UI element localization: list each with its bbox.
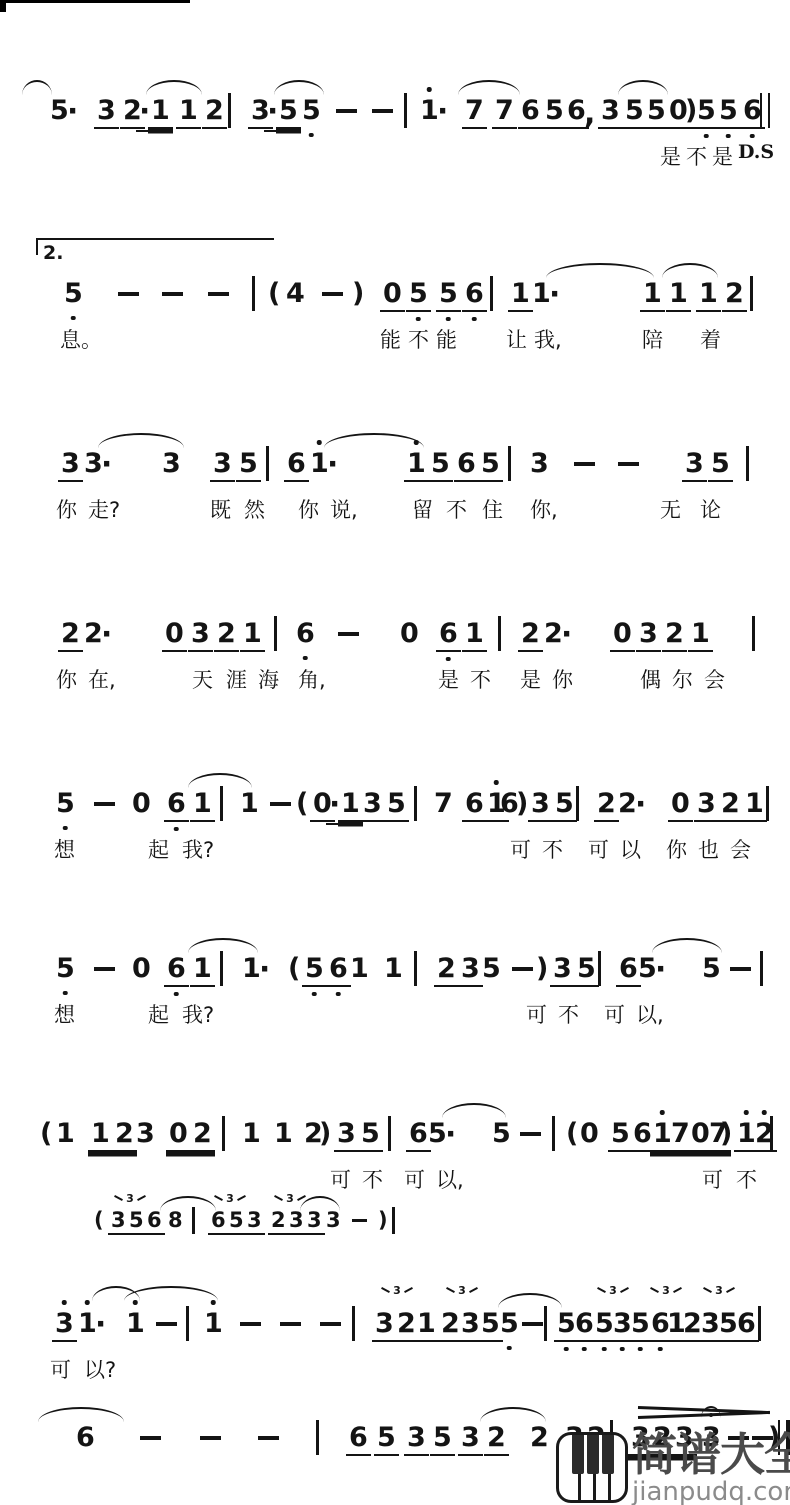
note: 1 [242,1118,261,1149]
note: 5 [430,1422,455,1456]
slur-tie-arc [188,773,252,788]
lyric-syllable: 可 [510,834,531,864]
note: 6 [436,618,461,652]
note: 2 [58,618,83,652]
note: 6 [734,1308,759,1342]
note: 2 [112,1118,137,1152]
lyric-syllable: 说, [330,494,358,524]
music-line: 22·0321606122·0321你在,天涯海角,是不是你偶尔会 [0,618,790,670]
barline [220,951,223,986]
slur-tie-arc [546,263,654,278]
note: 5 [64,278,83,309]
duration-dash [574,462,595,466]
duration-dash [320,1322,341,1326]
lyric-syllable: 可 [50,1354,71,1384]
augmentation-dot: · [101,448,112,482]
note: 3 [162,448,181,479]
slur-tie-arc [38,1407,124,1422]
augmentation-dot: · [259,953,270,987]
note: 3 [188,618,213,652]
note: 2 [752,1118,777,1152]
lyric-syllable: 起 [148,834,169,864]
barline [498,616,501,651]
lyric-syllable: 你 [56,494,77,524]
barline [186,1306,189,1341]
duration-dash [200,1436,221,1440]
scan-artifact-blob [0,0,6,12]
note: 5 [384,788,409,822]
note: 3 [58,448,83,482]
scan-artifact-line [0,0,190,3]
volta-bracket: 2. [36,238,274,255]
note: 3 [694,788,719,822]
note: 1 [414,1308,439,1342]
duration-dash [156,1322,177,1326]
music-line: 31·1132123555653561235633333可以? [0,1308,790,1360]
barline [222,1116,225,1151]
parenthesis: ) [352,278,364,309]
note: 0 [162,618,187,652]
lyric-syllable: 以, [636,999,664,1029]
note: 6 [164,788,189,822]
augmentation-dot: · [67,95,78,129]
augmentation-dot: · [101,618,112,652]
barline [576,786,579,821]
lyric-syllable: 是 [712,141,733,171]
lyric-syllable: 息。 [60,324,102,354]
parenthesis: ( [94,1208,104,1232]
note: 1 [204,1308,223,1339]
slur-tie-arc [324,433,424,448]
duration-dash [352,1219,367,1222]
lyric-syllable: 天 [192,664,213,694]
note: 2 [202,95,227,129]
lyric-syllable: 是 [660,141,681,171]
lyric-syllable: 以, [436,1164,464,1194]
lyric-syllable: 可 [702,1164,723,1194]
slur-tie-arc [274,80,324,95]
note: 0 [132,788,151,819]
note: 0 [580,1118,599,1149]
note: 2 [662,618,687,652]
slur-tie-arc [442,1103,506,1118]
barline [252,276,255,311]
lyric-syllable: 可 [330,1164,351,1194]
note: 7 [462,95,487,129]
lyric-syllable: 走? [88,494,120,524]
note: 5 [276,95,301,129]
barline [544,1306,547,1341]
lyric-syllable: 论 [700,494,721,524]
note: 0 [166,1118,191,1152]
slur-tie-arc [480,1407,546,1422]
barline [766,786,769,821]
note: 2 [434,953,459,987]
note: 7 [492,95,517,129]
duration-dash [118,292,139,296]
parenthesis: ) [536,953,548,984]
note: 4 [286,278,305,309]
note: 2 [484,1422,509,1456]
note: 5 [56,953,75,984]
note: 2 [518,618,543,652]
note: 5 [302,95,321,126]
note: 5 [552,788,577,822]
lyric-syllable: 不 [408,324,429,354]
note: 5 [492,1118,511,1149]
note: 1 [640,278,665,312]
note: 3 [598,95,623,129]
barline [404,93,407,128]
note: 5 [374,1422,399,1456]
augmentation-dot: · [655,953,666,987]
note: 5 [716,95,741,129]
barline [760,951,763,986]
duration-dash [140,1436,161,1440]
lyric-syllable: 既 [210,494,231,524]
note: 1 [696,278,721,312]
note: 5 [236,448,261,482]
breath-mark: , [584,97,595,132]
duration-dash [372,109,393,113]
note: 5 [638,953,657,984]
lyric-syllable: 尔 [672,664,693,694]
note: 6 [76,1422,95,1453]
note: 1 [532,278,551,309]
slur-tie-arc [146,80,202,95]
music-line: 5(4)055611·1112息。能不能让我,陪着 [0,278,790,330]
note: 2 [530,1422,549,1453]
lyric-syllable: 不 [542,834,563,864]
parenthesis: ) [378,1208,388,1232]
slur-tie-arc [98,433,184,448]
note: 3 [458,953,483,987]
lyric-syllable: 不 [686,141,707,171]
note: 1 [242,953,261,984]
lyric-syllable: 你 [552,664,573,694]
triplet-mark: 3 [102,1192,158,1204]
note: 3 [636,618,661,652]
lyric-syllable: 以 [620,834,641,864]
note: 0 [668,788,693,822]
slur-tie-arc [618,80,668,95]
note: 1 [78,1308,97,1339]
note: 1 [310,448,329,479]
slur-tie-arc [662,263,718,278]
note: 1 [148,95,173,129]
note: 5 [358,1118,383,1152]
note: 3 [326,1208,341,1232]
note: 5 [500,1308,519,1339]
note: 1 [508,278,533,312]
barline [274,616,277,651]
lyric-syllable: 起 [148,999,169,1029]
note: 3 [682,448,707,482]
note: 3 [334,1118,359,1152]
note: 1 [190,953,215,987]
watermark-domain: jianpudq.com [632,1479,790,1505]
duration-dash [522,1322,543,1326]
duration-dash [520,1132,541,1136]
lyric-syllable: 可 [404,1164,425,1194]
lyric-syllable: 角, [298,664,326,694]
duration-dash [270,802,291,806]
note: 6 [454,448,479,482]
barline [192,1207,195,1234]
barline [388,1116,391,1151]
note: 6 [284,448,309,482]
barline [552,1116,555,1151]
note: 1 [384,953,403,984]
barline [752,616,755,651]
barline [392,1207,395,1234]
lyric-syllable: 不 [558,999,579,1029]
note: 5 [302,953,327,987]
lyric-syllable: 也 [698,834,719,864]
lyric-syllable: 想 [54,999,75,1029]
note: 5 [436,278,461,312]
note: 5 [56,788,75,819]
lyric-syllable: 陪 [642,324,663,354]
barline [760,93,770,128]
barline [220,786,223,821]
note: 2 [214,618,239,652]
note: 5 [702,953,721,984]
note: 3 [244,1208,265,1235]
note: 5 [50,95,69,126]
lyric-syllable: 不 [470,664,491,694]
watermark: 简谱大全 jianpudq.com [556,1432,790,1505]
note: 5 [574,953,599,987]
lyric-syllable: 能 [380,324,401,354]
lyric-syllable: 海 [258,664,279,694]
note: 6 [144,1208,165,1235]
parenthesis: ( [296,788,308,819]
music-line: (35686532333)333 [0,1208,790,1260]
lyric-syllable: 我, [534,324,562,354]
barline [750,276,753,311]
parenthesis: ( [288,953,300,984]
lyric-syllable: 在, [88,664,116,694]
score-page: 2. 5·32·1123·551·77656,3550)556是不是D.S5(4… [0,0,790,1505]
parenthesis: ) [319,1118,331,1149]
note: 2 [190,1118,215,1152]
note: 1 [274,1118,293,1149]
barline [758,1306,761,1341]
note: 1 [56,1118,75,1149]
parenthesis: ( [566,1118,578,1149]
note: 0 [132,953,151,984]
note: 8 [168,1208,183,1232]
lyric-syllable: 不 [362,1164,383,1194]
note: 1 [350,953,369,984]
note: 0 [400,618,419,649]
lyric-syllable: 能 [436,324,457,354]
parenthesis: ) [720,1118,732,1149]
note: 6 [164,953,189,987]
lyric-syllable: 你 [298,494,319,524]
duration-dash [336,109,357,113]
slur-tie-arc [652,938,722,953]
duration-dash [322,292,343,296]
note: 2 [594,788,619,822]
note: 3 [458,1422,483,1456]
augmentation-dot: · [95,1308,106,1342]
volta-label: 2. [43,242,63,264]
lyric-syllable: 着 [700,324,721,354]
lyric-syllable: 想 [54,834,75,864]
piano-icon [556,1432,628,1503]
lyric-syllable: 偶 [640,664,661,694]
note: 0 [610,618,635,652]
note: 2 [618,788,637,819]
note: 1 [666,278,691,312]
slur-tie-arc [22,80,52,95]
lyric-syllable: 我? [182,834,214,864]
music-line: 50611(0·1357616)3522·0321想起我?可不可以你也会 [0,788,790,840]
lyric-syllable: 以? [84,1354,116,1384]
barline [770,1116,773,1151]
lyric-syllable: 涯 [226,664,247,694]
note: 3 [404,1422,429,1456]
note: 1 [404,448,429,482]
note: 6 [462,278,487,312]
note: 5 [428,1118,447,1149]
watermark-brand: 简谱大全 [632,1432,790,1477]
note: 2 [718,788,743,822]
duration-dash [512,967,533,971]
note: 5 [428,448,453,482]
lyric-syllable: 住 [482,494,503,524]
note: 1 [420,95,439,126]
duration-dash [338,632,359,636]
lyric-syllable: 你, [530,494,558,524]
barline [266,446,269,481]
barline [316,1420,319,1455]
augmentation-dot: · [327,448,338,482]
note: 5 [708,448,733,482]
note: 6 [346,1422,371,1456]
duration-dash [240,1322,261,1326]
note: 1 [190,788,215,822]
note: 6 [296,618,315,649]
lyric-syllable: 我? [182,999,214,1029]
note: 3 [84,448,103,479]
note: 3 [530,448,549,479]
duration-dash [730,967,751,971]
triplet-mark: 3 [262,1192,318,1204]
slur-tie-arc [124,1286,218,1301]
note: 1 [688,618,713,652]
note: 3 [136,1118,155,1149]
music-line: 33·33561·1565335你走?既然你说,留不住你,无论 [0,448,790,500]
lyric-syllable: 是 [520,664,541,694]
lyric-syllable: 你 [56,664,77,694]
note: 2 [722,278,747,312]
lyric-syllable: 可 [604,999,625,1029]
note: 2 [84,618,103,649]
note: 3 [550,953,575,987]
diminuendo-hairpin [638,1406,770,1418]
note: 3 [94,95,119,129]
note: 3 [210,448,235,482]
lyric-syllable: 可 [526,999,547,1029]
triplet-mark: 3 [368,1284,426,1296]
triplet-mark: 3 [434,1284,490,1296]
barline [598,951,601,986]
music-line: (112302112)3565·5(0561707)12可不可以,可不 [0,1118,790,1170]
lyric-syllable: 不 [736,1164,757,1194]
duration-dash [258,1436,279,1440]
barline [490,276,493,311]
augmentation-dot: · [635,788,646,822]
barline [414,786,417,821]
note: 5 [482,953,501,984]
barline [414,951,417,986]
barline [508,446,511,481]
parenthesis: ) [516,788,528,819]
note: 3 [528,788,553,822]
slur-tie-arc [498,1293,562,1308]
lyric-syllable: 留 [412,494,433,524]
triplet-mark: 3 [644,1284,688,1296]
note: 5 [406,278,431,312]
duration-dash [94,802,115,806]
note: 2 [544,618,563,649]
lyric-syllable: 会 [704,664,725,694]
note: 3 [52,1308,77,1342]
augmentation-dot: · [561,618,572,652]
lyric-syllable: 让 [506,324,527,354]
duration-dash [280,1322,301,1326]
parenthesis: ( [268,278,280,309]
note: 1 [240,788,259,819]
slur-tie-arc [458,80,520,95]
barline [746,446,749,481]
parenthesis: ( [40,1118,52,1149]
duration-dash [618,462,639,466]
note: 1 [176,95,201,129]
note: 5 [478,448,503,482]
note: 6 [326,953,351,987]
duration-dash [162,292,183,296]
barline [352,1306,355,1341]
barline [228,93,231,128]
lyric-syllable: 你 [666,834,687,864]
triplet-mark: 3 [588,1284,638,1296]
note: 1 [462,618,487,652]
lyric-syllable: 无 [660,494,681,524]
augmentation-dot: · [445,1118,456,1152]
triplet-mark: 3 [202,1192,258,1204]
note: 1 [240,618,265,652]
duration-dash [94,967,115,971]
music-line: 50611·(5611235)3565·5想起我?可不可以, [0,953,790,1005]
augmentation-dot: · [549,278,560,312]
slur-tie-arc [188,938,258,953]
music-line: 5·32·1123·551·77656,3550)556是不是D.S [0,95,790,147]
note: 7 [434,788,453,819]
augmentation-dot: · [437,95,448,129]
note: 6 [518,95,543,129]
note: 0 [380,278,405,312]
lyric-syllable: 可 [588,834,609,864]
note: 3 [304,1208,325,1235]
note: 1 [126,1308,145,1339]
duration-dash [208,292,229,296]
lyric-syllable: 不 [446,494,467,524]
lyric-syllable: 然 [244,494,265,524]
